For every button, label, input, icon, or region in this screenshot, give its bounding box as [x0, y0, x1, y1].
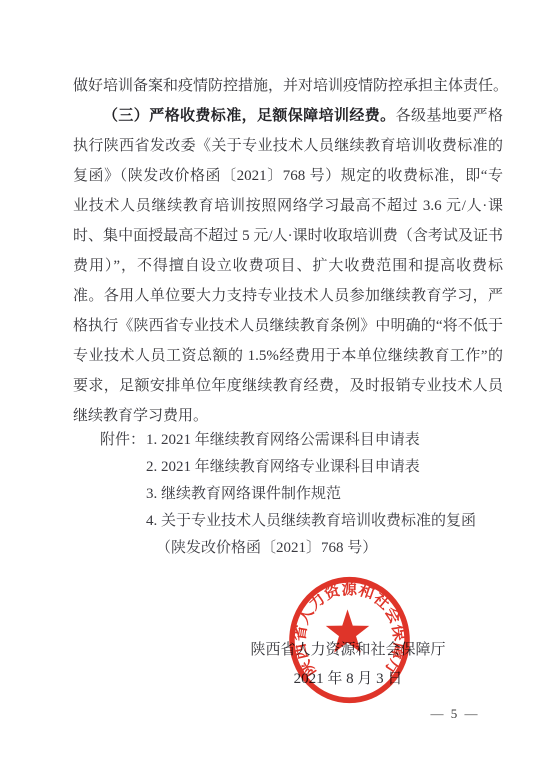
document-page: 做好培训备案和疫情防控措施，并对培训疫情防控承担主体责任。 （三）严格收费标准，… — [0, 0, 554, 779]
star-icon — [326, 609, 369, 652]
attachment-item-4-reference: （陕发改价格函〔2021〕768 号） — [100, 535, 476, 562]
attachment-item-1: 1. 2021 年继续教育网络公需课科目申请表 — [146, 427, 420, 454]
section-body: 各级基地要严格执行陕西省发改委《关于专业技术人员继续教育培训收费标准的复函》（陕… — [73, 108, 503, 424]
paragraph-continuation: 做好培训备案和疫情防控措施，并对培训疫情防控承担主体责任。 — [73, 71, 503, 101]
attachment-item-3: 3. 继续教育网络课件制作规范 — [100, 481, 476, 508]
attachment-row: 附件： 1. 2021 年继续教育网络公需课科目申请表 — [100, 427, 476, 454]
body-text: 做好培训备案和疫情防控措施，并对培训疫情防控承担主体责任。 （三）严格收费标准，… — [73, 71, 503, 431]
attachment-item-4: 4. 关于专业技术人员继续教育培训收费标准的复函 — [100, 508, 476, 535]
official-seal-graphic: 陕西省人力资源和社会保障厅 — [286, 573, 413, 706]
attachments-label: 附件： — [100, 427, 146, 454]
paragraph-section-three: （三）严格收费标准，足额保障培训经费。各级基地要严格执行陕西省发改委《关于专业技… — [73, 101, 503, 431]
section-heading: （三）严格收费标准，足额保障培训经费。 — [103, 108, 396, 124]
official-seal: 陕西省人力资源和社会保障厅 — [286, 573, 413, 706]
page-number: — 5 — — [413, 706, 497, 722]
attachments-block: 附件： 1. 2021 年继续教育网络公需课科目申请表 2. 2021 年继续教… — [100, 427, 476, 562]
attachment-item-2: 2. 2021 年继续教育网络专业课科目申请表 — [100, 454, 476, 481]
